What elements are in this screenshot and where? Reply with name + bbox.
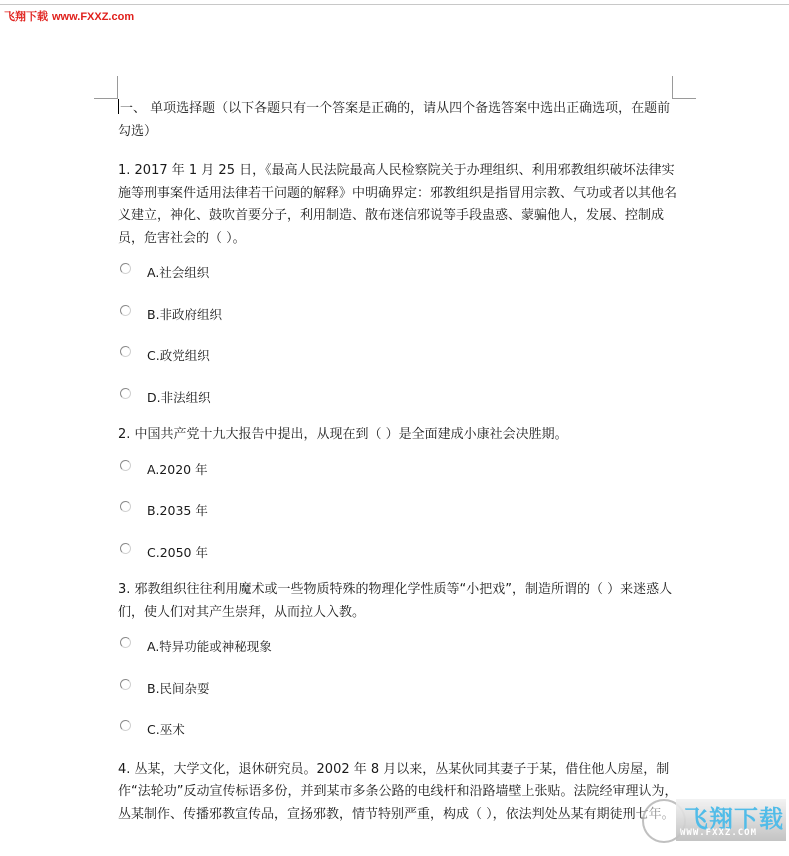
crop-mark-left-horizontal	[94, 98, 118, 99]
question-3: 3. 邪教组织往往利用魔术或一些物质特殊的物理化学性质等“小把戏”，制造所谓的（…	[118, 579, 678, 755]
section-heading: 一、 单项选择题（以下各题只有一个答案是正确的，请从四个备选答案中选出正确选项，…	[118, 98, 678, 143]
radio-button-icon[interactable]	[120, 346, 131, 357]
radio-button-icon[interactable]	[120, 543, 131, 554]
option-1d[interactable]: D.非法组织	[118, 381, 678, 423]
top-border	[0, 4, 789, 5]
watermark-header: 飞翔下载www.FXXZ.com	[4, 8, 134, 24]
watermark-brand: 飞翔下载	[4, 11, 48, 23]
radio-button-icon[interactable]	[120, 388, 131, 399]
option-2b[interactable]: B.2035 年	[118, 494, 678, 536]
radio-button-icon[interactable]	[120, 501, 131, 512]
watermark-site: www.FXXZ.com	[52, 11, 134, 23]
radio-button-icon[interactable]	[120, 305, 131, 316]
question-4: 4. 丛某，大学文化，退休研究员。2002 年 8 月以来，丛某伙同其妻子于某，…	[118, 759, 678, 827]
radio-button-icon[interactable]	[120, 263, 131, 274]
option-3b[interactable]: B.民间杂耍	[118, 672, 678, 714]
option-2c[interactable]: C.2050 年	[118, 536, 678, 578]
radio-button-icon[interactable]	[120, 637, 131, 648]
logo-url: WWW.FXXZ.COM	[680, 828, 757, 838]
crop-mark-right-vertical	[672, 76, 673, 99]
question-1: 1. 2017 年 1 月 25 日，《最高人民法院最高人民检察院关于办理组织、…	[118, 160, 678, 422]
option-1a[interactable]: A.社会组织	[118, 256, 678, 298]
option-3a[interactable]: A.特异功能或神秘现象	[118, 630, 678, 672]
document-page[interactable]: 一、 单项选择题（以下各题只有一个答案是正确的，请从四个备选答案中选出正确选项，…	[118, 98, 678, 826]
question-text: 1. 2017 年 1 月 25 日，《最高人民法院最高人民检察院关于办理组织、…	[118, 160, 678, 250]
question-text: 2. 中国共产党十九大报告中提出，从现在到（ ）是全面建成小康社会决胜期。	[118, 424, 678, 447]
option-1c[interactable]: C.政党组织	[118, 339, 678, 381]
radio-button-icon[interactable]	[120, 460, 131, 471]
radio-button-icon[interactable]	[120, 720, 131, 731]
option-2a[interactable]: A.2020 年	[118, 453, 678, 495]
watermark-logo: 飞翔下载 WWW.FXXZ.COM	[640, 795, 789, 850]
question-2: 2. 中国共产党十九大报告中提出，从现在到（ ）是全面建成小康社会决胜期。 A.…	[118, 424, 678, 577]
text-cursor	[118, 99, 119, 114]
option-3c[interactable]: C.巫术	[118, 713, 678, 755]
question-text: 3. 邪教组织往往利用魔术或一些物质特殊的物理化学性质等“小把戏”，制造所谓的（…	[118, 579, 678, 624]
crop-mark-left-vertical	[117, 76, 118, 99]
option-1b[interactable]: B.非政府组织	[118, 298, 678, 340]
radio-button-icon[interactable]	[120, 679, 131, 690]
question-text: 4. 丛某，大学文化，退休研究员。2002 年 8 月以来，丛某伙同其妻子于某，…	[118, 759, 678, 827]
